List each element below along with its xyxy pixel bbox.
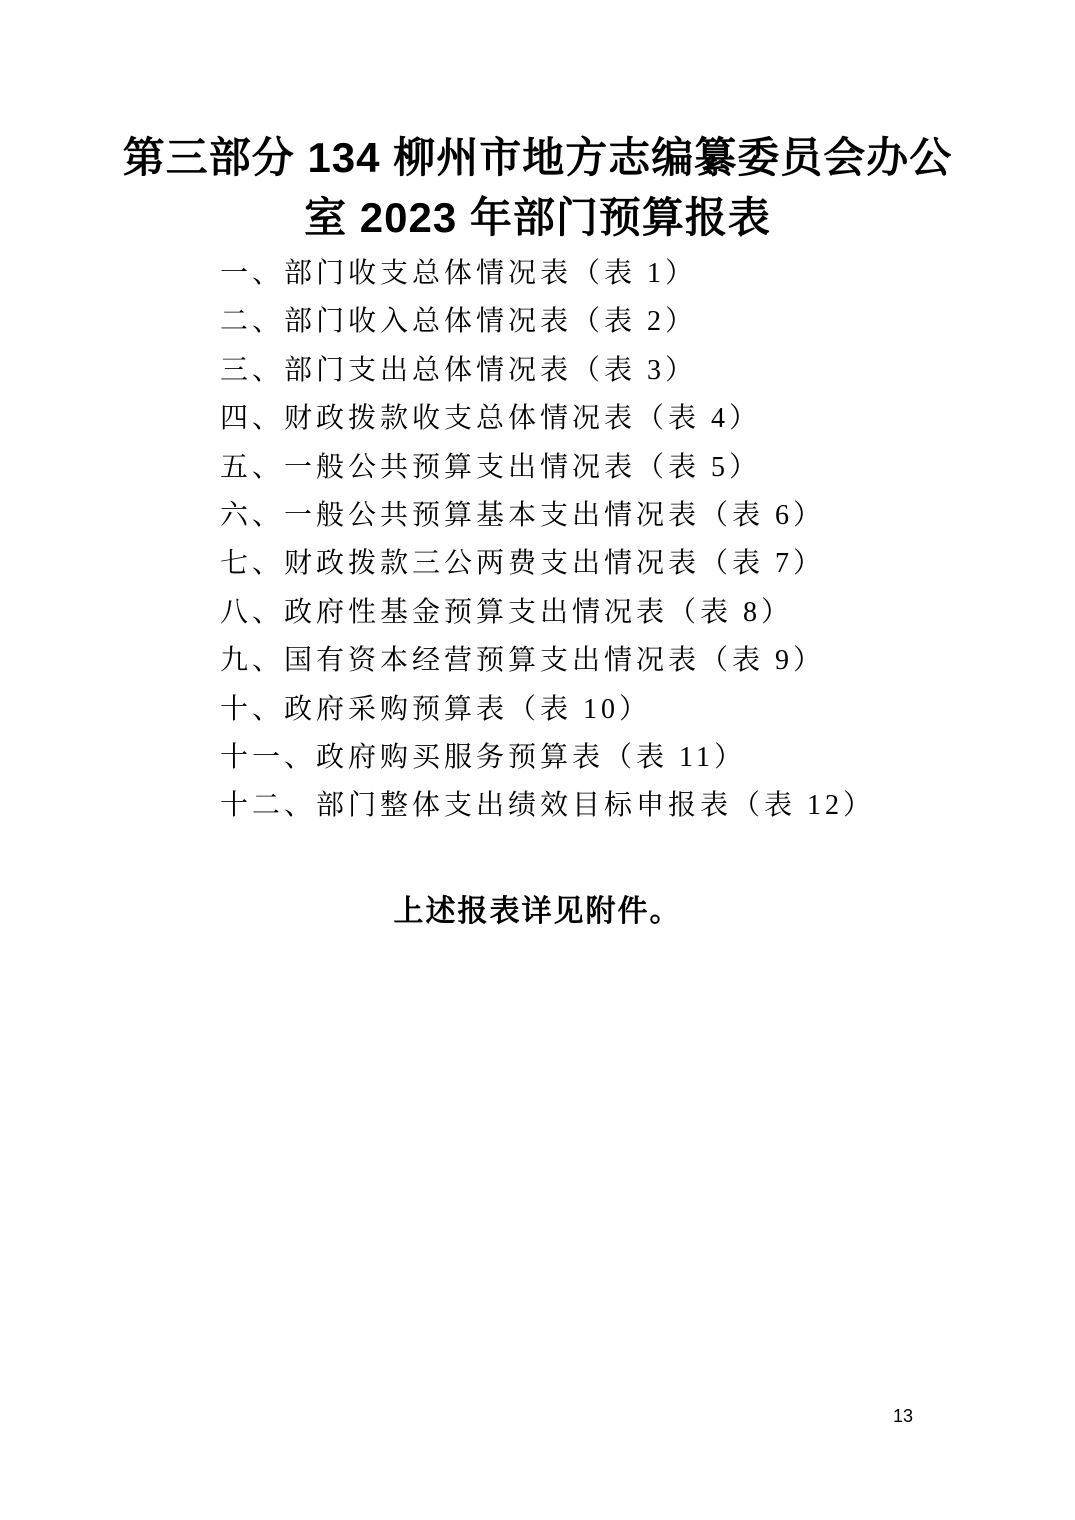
toc-item-2: 二、部门收入总体情况表（表 2） [220,298,995,346]
table-of-contents: 一、部门收支总体情况表（表 1） 二、部门收入总体情况表（表 2） 三、部门支出… [220,250,995,831]
toc-item-12: 十二、部门整体支出绩效目标申报表（表 12） [220,782,995,830]
toc-item-5: 五、一般公共预算支出情况表（表 5） [220,444,995,492]
attachment-note: 上述报表详见附件。 [0,886,1075,930]
document-page: 第三部分 134 柳州市地方志编纂委员会办公 室 2023 年部门预算报表 一、… [0,0,1075,1520]
page-title: 第三部分 134 柳州市地方志编纂委员会办公 室 2023 年部门预算报表 [0,128,1075,248]
toc-item-4: 四、财政拨款收支总体情况表（表 4） [220,395,995,443]
toc-item-8: 八、政府性基金预算支出情况表（表 8） [220,589,995,637]
toc-item-7: 七、财政拨款三公两费支出情况表（表 7） [220,540,995,588]
page-number: 13 [893,1406,913,1427]
toc-item-9: 九、国有资本经营预算支出情况表（表 9） [220,637,995,685]
page-title-line-2: 室 2023 年部门预算报表 [304,194,771,241]
toc-item-10: 十、政府采购预算表（表 10） [220,686,995,734]
toc-item-1: 一、部门收支总体情况表（表 1） [220,250,995,298]
page-title-line-1: 第三部分 134 柳州市地方志编纂委员会办公 [123,134,952,181]
toc-item-6: 六、一般公共预算基本支出情况表（表 6） [220,492,995,540]
toc-item-11: 十一、政府购买服务预算表（表 11） [220,734,995,782]
toc-item-3: 三、部门支出总体情况表（表 3） [220,347,995,395]
